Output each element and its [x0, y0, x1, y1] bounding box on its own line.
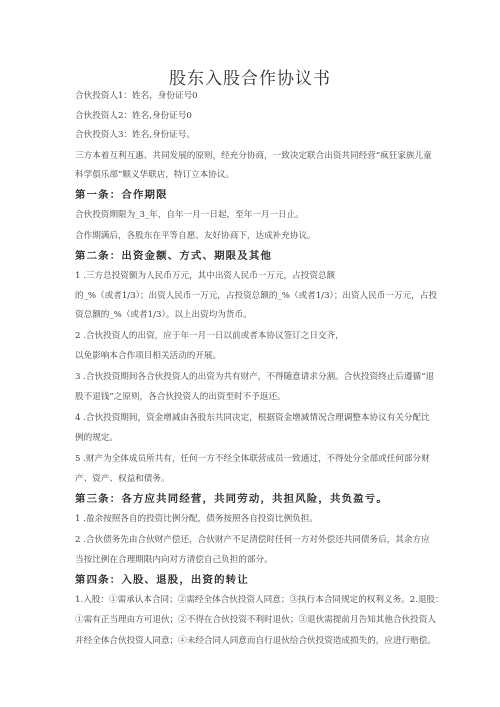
section-4-line: ①需有正当理由方可退伙；②不得在合伙投资不利时退伙；③退伙需提前月告知其他合伙投… — [75, 615, 436, 626]
section-2-line: 例的规定。 — [75, 433, 118, 444]
section-2-line: 1 .三方总投资额为人民币万元，其中出资人民币一万元，占投资总额 — [75, 271, 335, 282]
section-1-line: 合伙投资期限为_3_年，自年一月一日起，至年一月一日止。 — [75, 210, 304, 221]
section-1-line: 合作期满后，各股东在平等自愿、友好协商下，达成补充协议。 — [75, 231, 316, 242]
section-2-line: 2 .合伙投资人的出资，应于年一月一日以前或者本协议签订之日交齐， — [75, 331, 344, 342]
investor-line-3: 合伙投资人3：姓名,身份证号。 — [75, 130, 195, 141]
section-3-line: 1 .盈余按照各自的投资比例分配，债务按照各自投资比例负担。 — [75, 514, 318, 525]
section-4-line: 并经全体合伙投资人同意；④未经合同人同意而自行退伙给合伙投资造成损失的，应进行赔… — [75, 636, 436, 647]
section-2-line: 以免影响本合作项目相关活动的开展。 — [75, 351, 221, 362]
section-2-line: 5 .财产为全体成员所共有，任何一方不经全体联营成员一致通过，不得处分全部或任何… — [75, 454, 430, 465]
investor-line-1: 合伙投资人1：姓名，身份证号0 — [75, 91, 198, 102]
investor-line-2: 合伙投资人2：姓名,身份证号0 — [75, 111, 192, 122]
section-3-heading: 第三条：各方应共同经营，共同劳动，共担风险，共负盈亏。 — [75, 493, 388, 506]
section-3-line: 2 .合伙债务先由合伙财产偿还，合伙财产不足清偿时任何一方对外偿还共同债务后，其… — [75, 535, 430, 546]
section-1-heading: 第一条：合作期限 — [75, 189, 168, 202]
section-2-line: 产、资产、权益和债务。 — [75, 474, 170, 485]
section-3-line: 当按比例在合理期限内向对方清偿自己负担的部分。 — [75, 555, 273, 566]
intro-line-1: 三方本着互利互惠、共同发展的原则，经充分协商，一致决定联合出资共同经营“疯狂家族… — [75, 151, 432, 162]
section-2-line: 3 .合伙投资期间各合伙投资人的出资为共有财产，不得随意请求分割。合伙投资终止后… — [75, 372, 434, 383]
document-title: 股东入股合作协议书 — [0, 64, 500, 89]
section-2-line: 资总额的_%（或者1/3）。以上出资均为货币。 — [75, 310, 252, 321]
section-2-heading: 第二条：出资金额、方式、期限及其他 — [75, 250, 272, 263]
section-4-line: 1.入股：①需承认本合同；②需经全体合伙投资人同意；③执行本合同规定的权利义务。… — [75, 595, 444, 606]
intro-line-2: 科学俱乐部”顺义华联店，特订立本协议。 — [75, 170, 234, 181]
section-2-line: 4 .合伙投资期间，资金增减由各股东共同决定，根据资金增减情况合理调整本协议有关… — [75, 413, 430, 424]
section-4-heading: 第四条：入股、退股，出资的转让 — [75, 574, 249, 587]
document-page: 股东入股合作协议书 合伙投资人1：姓名，身份证号0 合伙投资人2：姓名,身份证号… — [0, 0, 500, 707]
section-2-line: 股不退钱”之原则，各合伙投资人的出资至时不予返还。 — [75, 392, 286, 403]
section-2-line: 的_%（或者1/3）；出资人民币一万元，占投资总额的_%（或者1/3）；出资人民… — [75, 291, 437, 302]
